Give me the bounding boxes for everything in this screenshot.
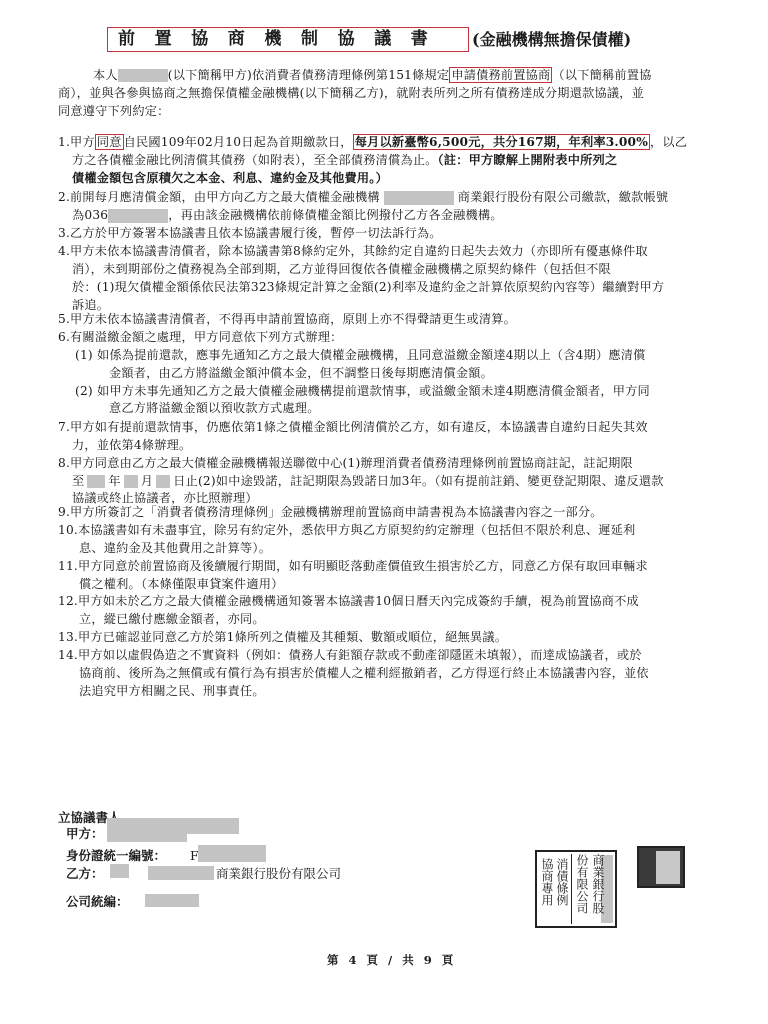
intro-text: (以下簡稱甲方)依消費者債務清理條例第151條規定 [168, 68, 450, 82]
intro-line-3: 同意遵守下列約定： [58, 103, 170, 119]
redacted-party-b-prefix [110, 864, 129, 878]
intro-line-1: 本人(以下簡稱甲方)依消費者債務清理條例第151條規定申請債務前置協商（以下簡稱… [93, 67, 652, 83]
seal-text-col-4: 協商專用 [539, 858, 553, 906]
clause-12-line-2: 立，縱已繳付應繳金額者，亦同。 [79, 611, 265, 627]
seal-divider [571, 854, 572, 924]
clause-10-line-1: 10.本協議書如有未盡事宜，除另有約定外，悉依甲方與乙方原契約約定辦理（包括但不… [58, 522, 635, 538]
clause-2-line-1: 2.前開每月應清償金額，由甲方向乙方之最大債權金融機構商業銀行股份有限公司繳款，… [58, 189, 668, 205]
clause-text: 商業銀行股份有限公司繳款，繳款帳號 [458, 190, 669, 204]
highlight-agree: 同意 [95, 134, 124, 150]
seal-text-col-1: 商業銀行股 [590, 854, 604, 914]
seal-text-col-2: 份有限公司 [574, 854, 588, 914]
redacted-name [118, 69, 168, 82]
redacted-account-number [108, 209, 168, 223]
clause-4-line-3: 於：(1)現欠債權金額係依民法第323條規定計算之金額(2)利率及違約金之計算依… [72, 279, 664, 295]
highlight-payment-terms: 每月以新臺幣6,500元，共分167期，年利率3.00% [353, 134, 650, 150]
intro-text: （以下簡稱前置協 [552, 68, 651, 82]
intro-text: 本人 [93, 68, 118, 82]
clause-text: ，再由該金融機構依前條債權金額比例撥付乙方各金融機構。 [168, 208, 502, 222]
party-b-label: 乙方： [66, 866, 104, 882]
clause-11-line-1: 11.甲方同意於前置協商及後續履行期間，如有明顯貶落動產價值致生損害於乙方，同意… [58, 558, 648, 574]
party-b-company-suffix: 商業銀行股份有限公司 [216, 866, 341, 882]
clause-6-sub-2-line-1: (2) 如甲方未事先通知乙方之最大債權金融機構提前還款情事，或溢繳金額未達4期應… [75, 383, 650, 399]
document-title: 前置協商機制協議書 [118, 29, 447, 49]
clause-text: 至 [72, 474, 84, 488]
clause-6-sub-1-line-1: (1) 如係為提前還款，應事先通知乙方之最大債權金融機構，且同意溢繳金額達4期以… [75, 347, 646, 363]
redacted-year [87, 475, 105, 488]
clause-1-line-1: 1.甲方同意自民國109年02月10日起為首期繳款日，每月以新臺幣6,500元，… [58, 134, 687, 150]
clause-text: 2.前開每月應清償金額，由甲方向乙方之最大債權金融機構 [58, 190, 380, 204]
clause-3: 3.乙方於甲方簽署本協議書且依本協議書履行後，暫停一切法訴行為。 [58, 225, 442, 241]
redacted-small-seal-part [656, 851, 680, 884]
redacted-party-a-name [107, 832, 187, 842]
redacted-party-b-bank [148, 866, 214, 880]
redacted-day [156, 475, 170, 488]
clause-text: 年 [108, 474, 120, 488]
clause-6-sub-1-line-2: 金額者，由乙方將溢繳金額沖償本金，但不調整日後每期應清償金額。 [109, 365, 493, 381]
redacted-id-number [198, 845, 266, 862]
clause-text: 方之各債權金融比例清償其債務（如附表），至全部債務清償為止。 [72, 153, 438, 167]
clause-8-line-1: 8.甲方同意由乙方之最大債權金融機構報送聯徵中心(1)辦理消費者債務清理條例前置… [58, 455, 633, 471]
clause-6-sub-2-line-2: 意乙方將溢繳金額以預收款方式處理。 [109, 400, 320, 416]
clause-5: 5.甲方未依本協議書清償者，不得再申請前置協商，原則上亦不得聲請更生或清算。 [58, 311, 516, 327]
clause-11-line-2: 償之權利。（本條僅限車貸案件適用） [79, 576, 284, 592]
bank-seal-small [637, 846, 685, 888]
clause-note: （註：甲方瞭解上開附表中所列之 [438, 153, 618, 167]
clause-8-line-2: 至年月日止(2)如中途毀諾，註記期限為毀諾日加3年。（如有提前註銷、變更登記期限… [72, 473, 664, 489]
clause-text: 日止(2)如中途毀諾，註記期限為毀諾日加3年。（如有提前註銷、變更登記期限、違反… [173, 474, 663, 488]
clause-text: 自民國109年02月10日起為首期繳款日， [124, 135, 353, 149]
clause-text: ，以乙 [650, 135, 687, 149]
clause-4-line-1: 4.甲方未依本協議書清償者，除本協議書第8條約定外，其餘約定自違約日起失去效力（… [58, 243, 648, 259]
clause-1-line-3: 債權金額包含原積欠之本金、利息、違約金及其他費用。） [72, 170, 388, 186]
highlight-apply-negotiation: 申請債務前置協商 [449, 67, 552, 83]
page-number: 第 4 頁 / 共 9 頁 [327, 952, 456, 968]
seal-text-col-3: 消債條例 [554, 858, 568, 906]
clause-text: 月 [141, 474, 153, 488]
redacted-bank-name [384, 191, 454, 205]
id-number-label: 身份證統一編號： [66, 848, 166, 864]
clause-text: 1.甲方 [58, 135, 95, 149]
clause-6-line-1: 6.有關溢繳金額之處理，甲方同意依下列方式辦理： [58, 329, 343, 345]
clause-text: 為036 [72, 208, 108, 222]
clause-4-line-2: 消），未到期部份之債務視為全部到期，乙方並得回復依各債權金融機構之原契約條件（包… [72, 261, 611, 277]
clause-14-line-3: 法追究甲方相關之民、刑事責任。 [79, 683, 265, 699]
clause-12-line-1: 12.甲方如未於乙方之最大債權金融機構通知簽署本協議書10個日曆天內完成簽約手續… [58, 593, 639, 609]
clause-13: 13.甲方已確認並同意乙方於第1條所列之債權及其種類、數額或順位，絕無異議。 [58, 629, 507, 645]
clause-7-line-1: 7.甲方如有提前還款情事，仍應依第1條之債權金額比例清償於乙方，如有違反，本協議… [58, 419, 648, 435]
clause-2-line-2: 為036，再由該金融機構依前條債權金額比例撥付乙方各金融機構。 [72, 207, 503, 223]
redacted-month [124, 475, 138, 488]
company-id-label: 公司統編： [66, 894, 129, 910]
party-a-label: 甲方： [66, 826, 104, 842]
clause-10-line-2: 息、違約金及其他費用之計算等）。 [79, 540, 271, 556]
clause-14-line-1: 14.甲方如以虛假偽造之不實資料（例如：債務人有鉅額存款或不動產卻隱匿未填報），… [58, 647, 642, 663]
document-subtitle: (金融機構無擔保債權) [472, 30, 631, 50]
clause-14-line-2: 協商前、後所為之無償或有償行為有損害於債權人之權利經撤銷者，乙方得逕行終止本協議… [79, 665, 649, 681]
clause-9: 9.甲方所簽訂之「消費者債務清理條例」金融機構辦理前置協商申請書視為本協議書內容… [58, 504, 603, 520]
clause-1-line-2: 方之各債權金融比例清償其債務（如附表），至全部債務清償為止。（註：甲方瞭解上開附… [72, 152, 617, 168]
redacted-company-id [145, 894, 199, 907]
intro-line-2: 商），並與各參與協商之無擔保債權金融機構(以下簡稱乙方)，就附表所列之所有債務達… [58, 85, 644, 101]
bank-seal-large: 商業銀行股 份有限公司 消債條例 協商專用 [535, 850, 617, 928]
clause-7-line-2: 力，並依第4條辦理。 [72, 437, 191, 453]
